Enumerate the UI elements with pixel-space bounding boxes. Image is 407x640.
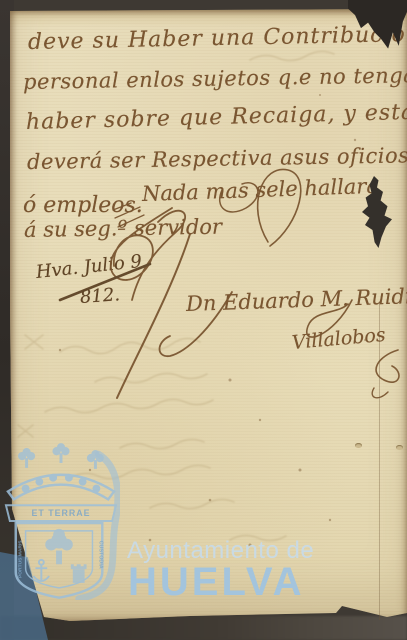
fold-crease [379,302,380,620]
motto-side-text: CUSTODIA [97,541,103,569]
watermark-city-label: HUELVA [128,560,305,605]
anchor-icon [33,560,49,581]
crown-arch [8,474,114,500]
tree-icon [45,529,73,564]
huelva-coat-of-arms: ET TERRAE PORTUS MARIS CUSTODIA [2,442,120,600]
dateline-year: 812. [79,284,120,308]
crown-trefoil-ornaments [18,443,104,469]
motto-left-text: PORTUS MARIS [18,540,24,578]
closing-line-2: á su seg.º servidor [24,215,222,242]
worm-hole-right [396,445,403,450]
manuscript-line-5: ó empleos. [23,193,143,218]
scanned-manuscript-view: deve su Haber una Contribucion personal … [0,0,407,640]
worm-hole-left [355,443,362,448]
motto-banner: ET TERRAE [6,505,116,521]
tower-icon [71,564,87,583]
motto-top-text: ET TERRAE [32,508,91,518]
